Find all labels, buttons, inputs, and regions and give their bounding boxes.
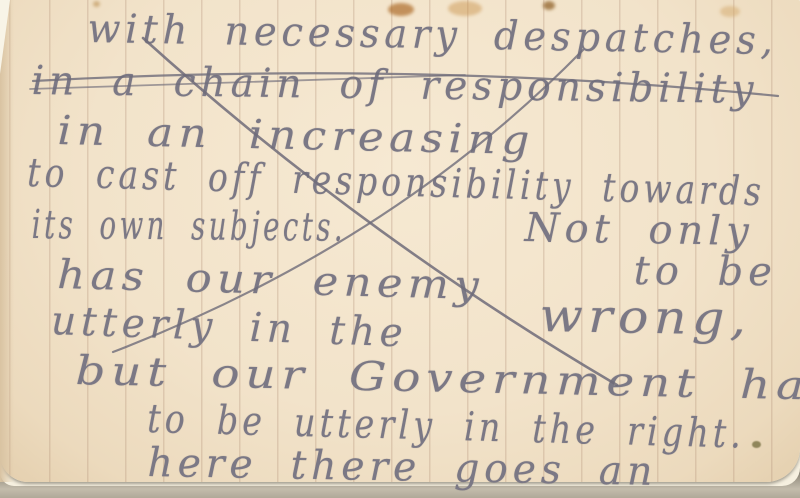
stain-mark <box>543 1 555 10</box>
handwriting-line-5a: its own subjects. <box>32 202 347 251</box>
stain-mark <box>752 441 761 448</box>
notebook-page: with necessary despatches, in a chain of… <box>0 0 800 482</box>
handwriting-line-7b: wrong, <box>539 288 752 346</box>
handwriting-line-10: here there goes an <box>147 440 657 495</box>
page-left-edge-shadow <box>0 0 14 482</box>
stain-mark <box>720 6 740 17</box>
handwriting-line-2-struck: in a chain of responsibility <box>31 58 758 113</box>
handwriting-line-6b: to be <box>634 248 778 295</box>
